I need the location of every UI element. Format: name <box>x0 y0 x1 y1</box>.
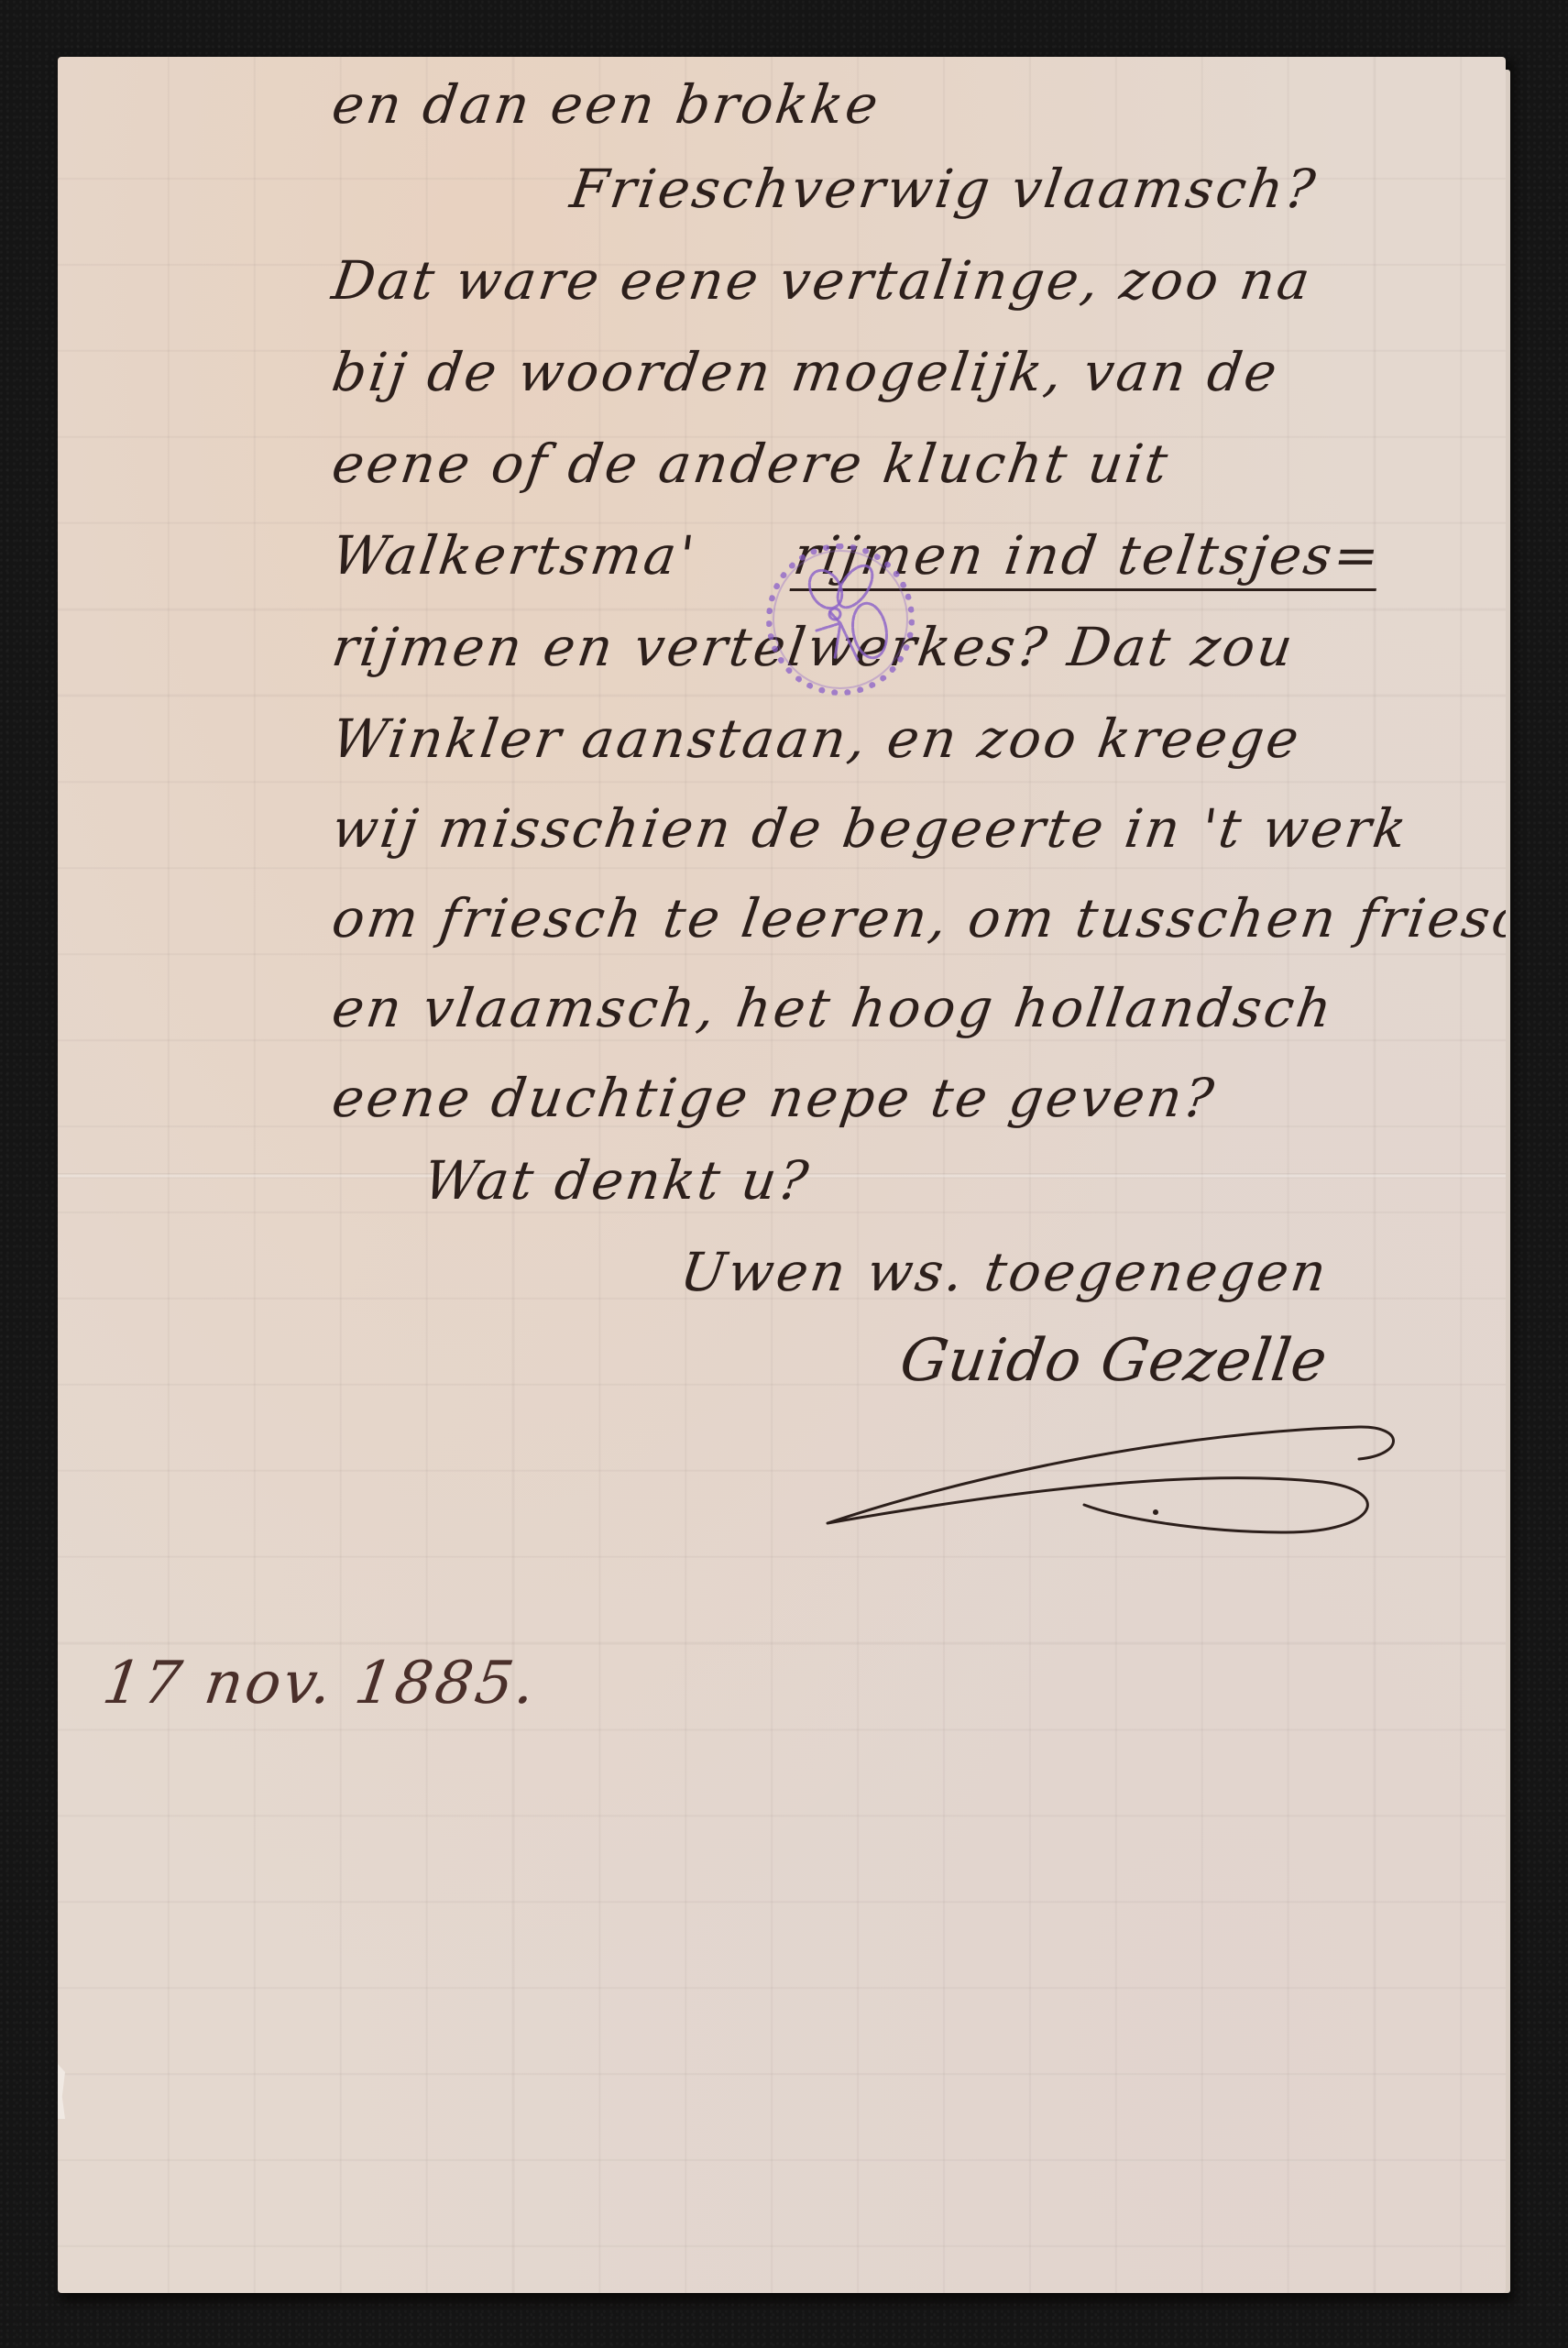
letter-line-8: Winkler aanstaan, en zoo kreege <box>328 708 1305 770</box>
walkertsma-word: Walkertsma' <box>328 524 798 587</box>
library-stamp <box>766 543 915 696</box>
letter-date: 17 nov. 1885. <box>99 1650 542 1717</box>
torn-edge <box>58 2064 65 2119</box>
letter-page: en dan een brokke Frieschverwig vlaamsch… <box>58 57 1506 2293</box>
letter-line-2: Frieschverwig vlaamsch? <box>566 158 1321 220</box>
letter-line-12: eene duchtige nepe te geven? <box>328 1067 1220 1129</box>
letter-line-3: Dat ware eene vertalinge, zoo na <box>328 249 1316 312</box>
letter-line-11: en vlaamsch, het hoog hollandsch <box>328 977 1338 1039</box>
letter-line-5: eene of de andere klucht uit <box>328 433 1174 495</box>
letter-line-4: bij de woorden mogelijk, van de <box>328 341 1283 403</box>
signature-flourish <box>809 1413 1414 1569</box>
closing-salutation: Uwen ws. toegenegen <box>676 1241 1332 1303</box>
letter-line-10: om friesch te leeren, om tusschen friesc… <box>328 887 1506 949</box>
bee-icon <box>780 557 901 682</box>
letter-line-9: wij misschien de begeerte in 't werk <box>328 797 1413 860</box>
signature: Guido Gezelle <box>896 1327 1332 1395</box>
letter-line-1: en dan een brokke <box>328 73 884 136</box>
letter-line-13: Wat denkt u? <box>420 1149 815 1212</box>
